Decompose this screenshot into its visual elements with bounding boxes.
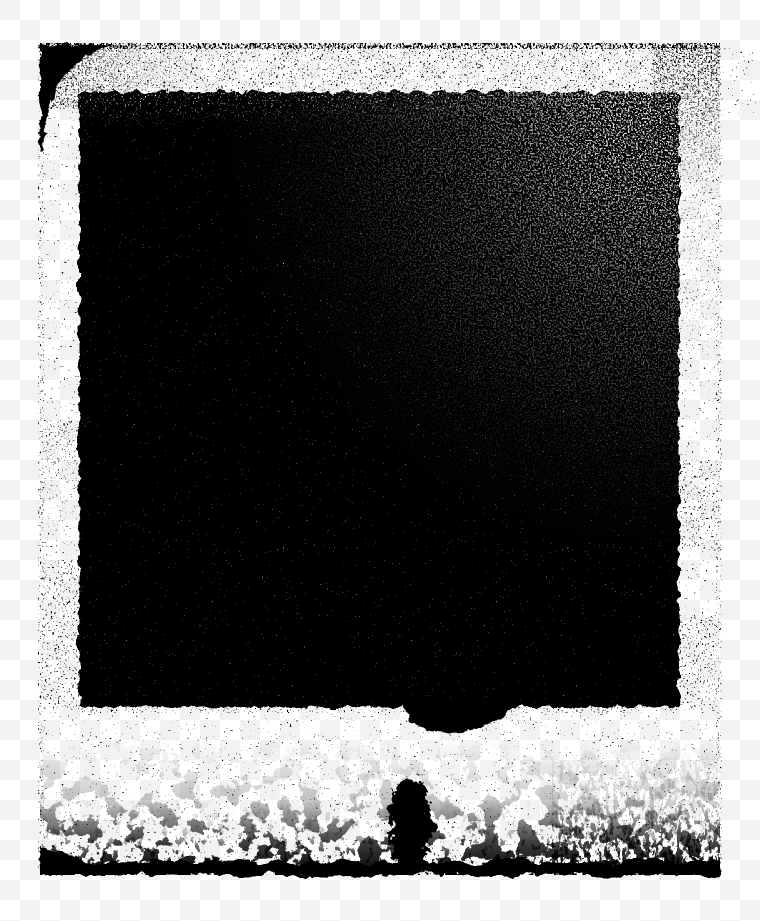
top-left-corner-speckles (40, 45, 215, 109)
bottom-right-corner-texture (552, 748, 720, 875)
right-border-speckles (679, 45, 720, 425)
left-border-speckle-cluster-1 (40, 250, 79, 370)
stray-speckles-top-right (722, 48, 756, 114)
photo-bottom-fringe (79, 704, 679, 713)
canvas-stage (0, 0, 760, 921)
bottom-edge-strip (42, 862, 718, 875)
left-border-speckle-cluster-2 (40, 420, 79, 540)
top-edge-line (40, 43, 720, 49)
right-border-speckle-cluster-1 (679, 460, 720, 550)
left-border-speckle-cluster-3 (40, 560, 79, 710)
grunge-polaroid-frame (0, 0, 760, 921)
right-border-speckle-cluster-2 (679, 615, 720, 710)
photo-star-speckles (79, 92, 679, 707)
